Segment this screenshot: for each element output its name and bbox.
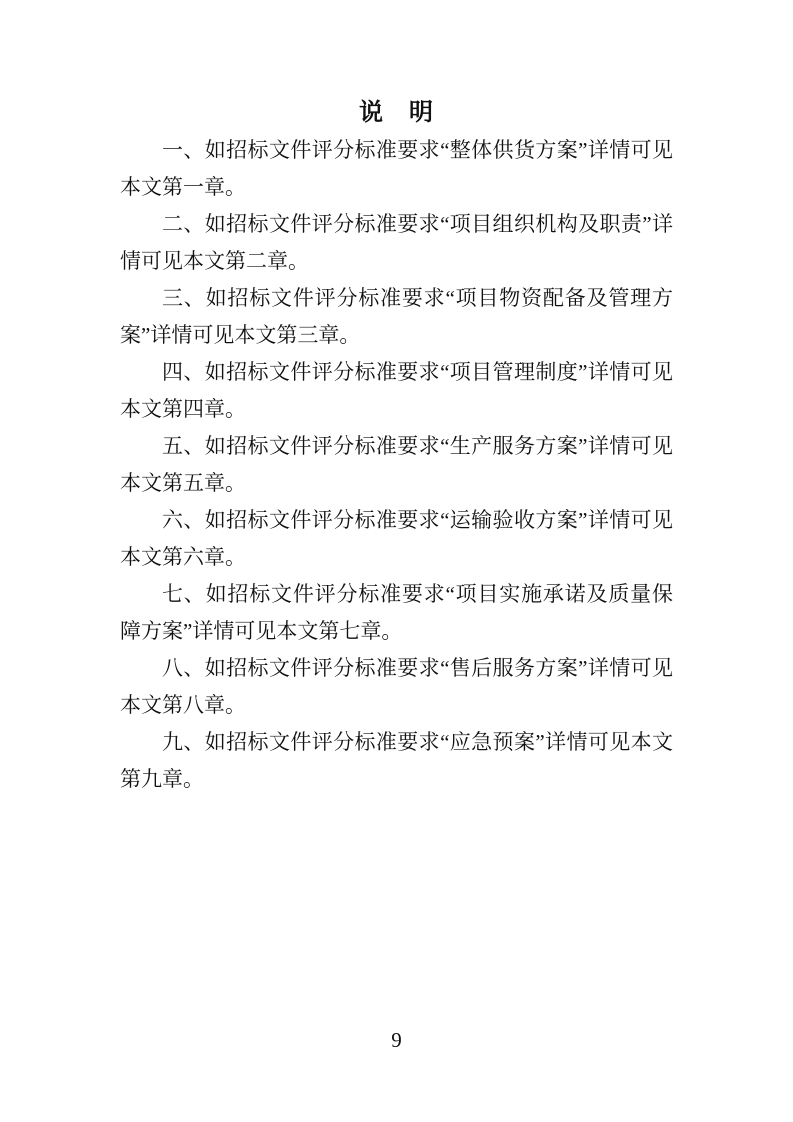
explanation-paragraph-3: 三、如招标文件评分标准要求“项目物资配备及管理方案”详情可见本文第三章。 (120, 280, 673, 354)
explanation-paragraph-1: 一、如招标文件评分标准要求“整体供货方案”详情可见本文第一章。 (120, 132, 673, 206)
explanation-paragraph-2: 二、如招标文件评分标准要求“项目组织机构及职责”详情可见本文第二章。 (120, 206, 673, 280)
explanation-paragraph-8: 八、如招标文件评分标准要求“售后服务方案”详情可见本文第八章。 (120, 650, 673, 724)
explanation-paragraph-5: 五、如招标文件评分标准要求“生产服务方案”详情可见本文第五章。 (120, 428, 673, 502)
explanation-paragraph-4: 四、如招标文件评分标准要求“项目管理制度”详情可见本文第四章。 (120, 354, 673, 428)
document-content: 说 明 一、如招标文件评分标准要求“整体供货方案”详情可见本文第一章。 二、如招… (120, 95, 673, 798)
explanation-paragraph-6: 六、如招标文件评分标准要求“运输验收方案”详情可见本文第六章。 (120, 502, 673, 576)
explanation-paragraph-9: 九、如招标文件评分标准要求“应急预案”详情可见本文第九章。 (120, 724, 673, 798)
document-page: 说 明 一、如招标文件评分标准要求“整体供货方案”详情可见本文第一章。 二、如招… (0, 0, 793, 1122)
page-title: 说 明 (120, 95, 673, 132)
explanation-paragraph-7: 七、如招标文件评分标准要求“项目实施承诺及质量保障方案”详情可见本文第七章。 (120, 576, 673, 650)
page-number: 9 (0, 1022, 793, 1059)
